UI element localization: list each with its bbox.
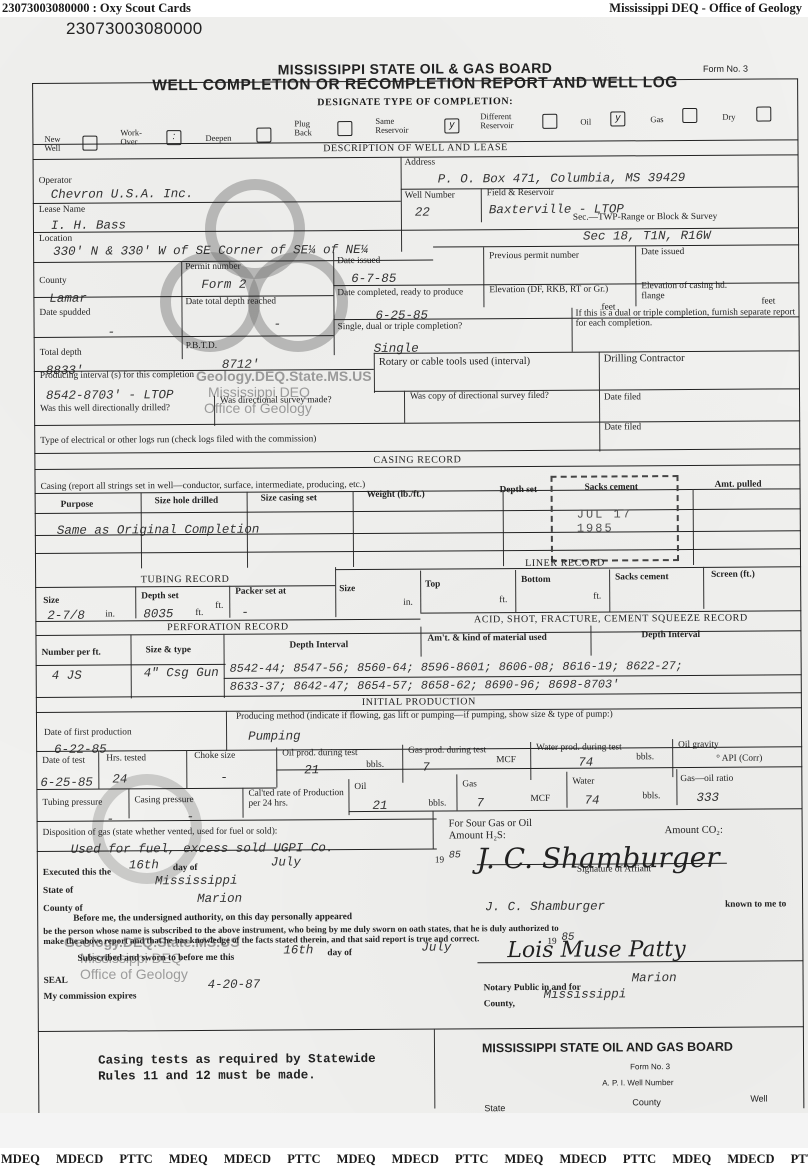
location-label: Location [39,235,72,245]
footer-well-label: Well [750,1095,767,1105]
scanned-document: 23073003080000 Geology.DEQ.State.MS.US M… [0,17,808,1113]
different-reservoir-label: Different Reservoir [480,112,536,130]
plug-back-checkbox[interactable] [337,121,352,136]
signature-label: Signature of Affiant [577,865,651,875]
perf-col-depth: Depth Interval [290,641,349,651]
county-of-value: Marion [197,892,242,906]
divider [348,779,349,815]
previous-permit-label: Previous permit number [489,252,579,262]
divider [135,586,136,618]
divider [229,586,230,618]
packer-set-label: Packer set at [235,587,286,597]
acid-col-depth: Depth Interval [641,631,700,641]
date-td-value: - [274,317,282,331]
perforation-record-header: PERFORATION RECORD [35,621,420,634]
perf-size-type-value: 4" Csg Gun [144,666,219,680]
state-of-label: State of [43,887,73,897]
casing-col-amt-pulled: Amt. pulled [715,481,762,491]
footer-county-label: County [632,1098,661,1108]
date-td-label: Date total depth reached [185,298,276,308]
rotary-tools-label: Rotary or cable tools used (interval) [379,356,530,368]
first-production-label: Date of first production [44,728,132,738]
liner-bottom-unit: ft. [593,593,601,603]
divider [402,745,403,783]
perf-depth-line-1: 8542-44; 8547-56; 8560-64; 8596-8601; 86… [230,659,683,676]
same-reservoir-label: Same Reservoir [375,117,427,135]
oil-gravity-label: Oil gravity [678,741,719,751]
footer-agency: MISSISSIPPI STATE OIL AND GAS BOARD [482,1041,733,1056]
casing-col-purpose: Purpose [61,501,94,511]
sponsor-item: MDECD [560,1152,607,1166]
perf-col-number: Number per ft. [42,649,101,659]
casing-col-weight: Weight (lb./ft.) [367,491,425,501]
page-margin [0,1113,808,1148]
acid-record-header: ACID, SHOT, FRACTURE, CEMENT SQUEEZE REC… [420,612,801,625]
date-completed-label: Date completed, ready to produce [337,288,477,299]
viewer-title-bar: 23073003080000 : Oxy Scout Cards Mississ… [0,0,808,17]
water-rate-unit: bbls. [642,792,660,802]
liner-size-label: Size [339,585,355,595]
seal-label: SEAL [44,977,68,987]
operator-value: Chevron U.S.A. Inc. [51,187,194,202]
divider [404,391,405,423]
gas-prod-test-unit: MCF [496,756,516,766]
perf-number-value: 4 JS [52,669,82,683]
total-depth-label: Total depth [40,349,82,359]
sponsor-item: PTTC [287,1152,320,1166]
divider [676,769,677,805]
tubing-size-unit: in. [105,611,115,621]
divider [128,788,129,818]
subscribed-label: Subscribed and sworn to before me this [77,954,234,965]
directional-copy-label: Was copy of directional survey filed? [410,392,580,403]
divider [433,811,434,849]
notary-for-value: Marion [632,971,677,985]
appeared-name: J. C. Shamburger [485,900,605,915]
logs-run-label: Type of electrical or other logs run (ch… [40,435,316,446]
date-of-test-label: Date of test [42,757,85,767]
tubing-size-label: Size [43,597,59,607]
calc-rate-label: Cal'ted rate of Production per 24 hrs. [248,789,344,809]
choke-size-label: Choke size [194,752,235,762]
address-value: P. O. Box 471, Columbia, MS 39429 [438,171,686,187]
permit-number-label: Permit number [185,263,241,273]
divider [672,739,673,777]
elevation-casing-unit: feet [761,297,775,307]
pbtd-label: P.B.T.D. [186,342,217,352]
directional-drilled-label: Was this well directionally drilled? [40,404,170,415]
notary-county-value: Mississippi [544,987,627,1002]
elevation-casing-label: Elevation of casing hd. flange [641,282,751,302]
liner-size-unit: in. [403,599,413,609]
tubing-pressure-label: Tubing pressure [42,799,102,809]
gas-rate-value: 7 [476,796,484,810]
day-of-label: day of [173,864,198,874]
address-label: Address [405,159,436,169]
oil-checkbox[interactable]: y [610,111,625,126]
gas-oil-ratio-value: 333 [696,791,719,805]
choke-size-value: - [220,771,228,785]
appeared-text: Before me, the undersigned authority, on… [73,913,352,924]
hrs-tested-label: Hrs. tested [106,754,146,764]
oil-prod-test-label: Oil prod. during test [282,749,357,759]
sponsor-item: MDECD [392,1152,439,1166]
sponsor-strip: MDEQ MDECD PTTC MDEQ MDECD PTTC MDEQ MDE… [0,1148,808,1168]
oil-rate-unit: bbls. [428,799,446,809]
sponsor-item: MDEQ [169,1152,208,1166]
divider [590,626,591,656]
water-rate-value: 74 [584,794,599,808]
casing-col-casing-size: Size casing set [261,494,317,504]
acid-col-material: Am't. & kind of material used [427,634,546,644]
sponsor-list: MDEQ MDECD PTTC MDEQ MDECD PTTC MDEQ MDE… [1,1152,808,1167]
notary-signature: Lois Muse Patty [507,937,685,963]
divider [456,774,457,810]
sponsor-item: MDEQ [1,1152,40,1166]
sponsor-item: MDECD [224,1152,271,1166]
notary-county-label: County, [484,1000,515,1010]
received-stamp-date: JUL 17 1985 [577,507,677,536]
producing-method-value: Pumping [248,729,301,743]
liner-screen-label: Screen (ft.) [711,571,755,581]
divider [420,627,421,657]
permit-number-value: Form 2 [201,278,246,292]
gas-prod-test-label: Gas prod. during test [408,746,486,756]
gas-label: Gas [650,115,663,124]
casing-pressure-value: - [187,810,195,824]
gas-rate-unit: MCF [530,795,550,805]
different-reservoir-checkbox[interactable] [542,114,557,129]
casing-test-note-2: Rules 11 and 12 must be made. [98,1069,316,1083]
co2-amount-label: Amount CO₂: [665,825,723,836]
divider [186,750,187,788]
dual-completion-note: If this is a dual or triple completion, … [575,308,795,329]
packer-value: - [241,606,249,620]
date-filed-label: Date filed [604,393,641,403]
tubing-record-header: TUBING RECORD [35,573,335,586]
well-completion-form: MISSISSIPPI STATE OIL & GAS BOARD WELL C… [32,64,804,1109]
sponsor-item: PTTC [455,1152,488,1166]
sponsor-item: MDECD [56,1152,103,1166]
oil-rate-label: Oil [354,783,366,793]
casing-col-depth: Depth set [500,486,538,496]
liner-sacks-label: Sacks cement [615,573,669,583]
api-number-stamp: 23073003080000 [66,19,203,39]
date-filed-label-2: Date filed [604,423,641,433]
producing-interval-value: 8542-8703' - LTOP [46,388,174,403]
commission-value: 4-20-87 [208,978,261,992]
liner-bottom-label: Bottom [521,576,550,586]
tubing-depth-unit: ft. [195,609,203,619]
water-prod-test-label: Water prod. during test [536,743,622,753]
disposition-label: Disposition of gas (state whether vented… [43,828,278,839]
sec-twp-label: Sec.—TWP-Range or Block & Survey [573,213,717,224]
divider [242,788,243,818]
form-number: Form No. 3 [703,64,748,74]
location-value: 330' N & 330' W of SE Corner of SE¼ of N… [53,243,368,259]
water-prod-test-unit: bbls. [636,753,654,763]
drilling-contractor-label: Drilling Contractor [604,353,685,365]
deepen-checkbox[interactable] [256,128,271,143]
gas-oil-ratio-label: Gas—oil ratio [680,775,733,785]
packer-unit: ft. [215,602,223,612]
dry-checkbox[interactable] [756,106,771,121]
county-label: County [39,277,66,287]
sec-twp-value: Sec 18, T1N, R16W [583,229,711,244]
casing-test-note-1: Casing tests as required by Statewide [98,1053,376,1068]
h2s-amount-label: Amount H₂S: [449,830,506,841]
dry-label: Dry [722,113,735,122]
divider [214,396,215,426]
subscribed-month: July [421,940,451,954]
well-number-label: Well Number [405,191,455,201]
document-title: 23073003080000 : Oxy Scout Cards [2,1,191,16]
sponsor-item: MDEQ [504,1152,543,1166]
known-to-me-text: known to me to [725,900,786,910]
completion-kind-label: Single, dual or triple completion? [338,322,463,333]
commission-label: My commission expires [44,992,137,1002]
divider [481,188,482,222]
received-date-stamp: JUL 17 1985 [550,475,679,562]
lease-name-label: Lease Name [39,206,85,216]
plug-back-label: Plug Back [294,119,322,137]
county-value: Lamar [49,292,87,306]
date-issued-label: Date issued [337,257,380,267]
sour-gas-label: For Sour Gas or Oil [449,818,532,830]
perf-depth-line-2: 8633-37; 8642-47; 8654-57; 8658-62; 8690… [230,677,619,693]
state-of-value: Mississippi [155,874,238,889]
casing-pressure-label: Casing pressure [134,796,193,806]
year-prefix: 19 [435,856,444,866]
water-rate-label: Water [572,778,594,788]
gas-rate-label: Gas [462,780,477,790]
producing-interval-label: Producing interval (s) for this completi… [40,371,194,382]
source-agency: Mississippi DEQ - Office of Geology [609,1,802,16]
previous-date-issued-label: Date issued [641,248,684,258]
sponsor-item: PTTC [791,1152,808,1166]
deepen-label: Deepen [205,134,231,143]
gas-checkbox[interactable] [682,108,697,123]
casing-col-hole-size: Size hole drilled [155,497,219,507]
hrs-tested-value: 24 [112,772,127,786]
tubing-depth-label: Depth set [141,592,179,602]
divider [530,742,531,780]
liner-top-label: Top [425,581,440,591]
sponsor-item: PTTC [623,1152,656,1166]
executed-year: 85 [449,850,461,861]
footer-state-label: State [484,1104,505,1113]
sponsor-item: MDEQ [672,1152,711,1166]
operator-label: Operator [39,177,72,187]
directional-survey-label: Was directional survey made? [220,396,332,406]
date-spudded-label: Date spudded [39,309,90,319]
subscribed-day: 16th [283,943,313,957]
sponsor-item: MDEQ [337,1152,376,1166]
sponsor-item: MDECD [727,1152,774,1166]
liner-top-unit: ft. [499,596,507,606]
oil-gravity-unit: ° API (Corr) [716,755,762,765]
footer-form-number: Form No. 3 [630,1063,670,1072]
divider [98,751,99,789]
field-reservoir-label: Field & Reservoir [487,189,554,199]
elevation-label: Elevation (DF, RKB, RT or Gr.) [489,285,619,296]
executed-month: July [271,855,301,869]
footer-api-label: A. P. I. Well Number [602,1079,673,1088]
executed-label: Executed this the [43,869,111,879]
sponsor-item: PTTC [119,1152,152,1166]
perf-col-size-type: Size & type [146,646,192,656]
divider [566,772,567,808]
well-number-value: 22 [415,206,430,220]
executed-day: 16th [129,858,159,872]
subscribed-day-of: day of [327,949,352,959]
same-reservoir-checkbox[interactable]: y [444,118,459,133]
oil-label: Oil [580,118,591,127]
